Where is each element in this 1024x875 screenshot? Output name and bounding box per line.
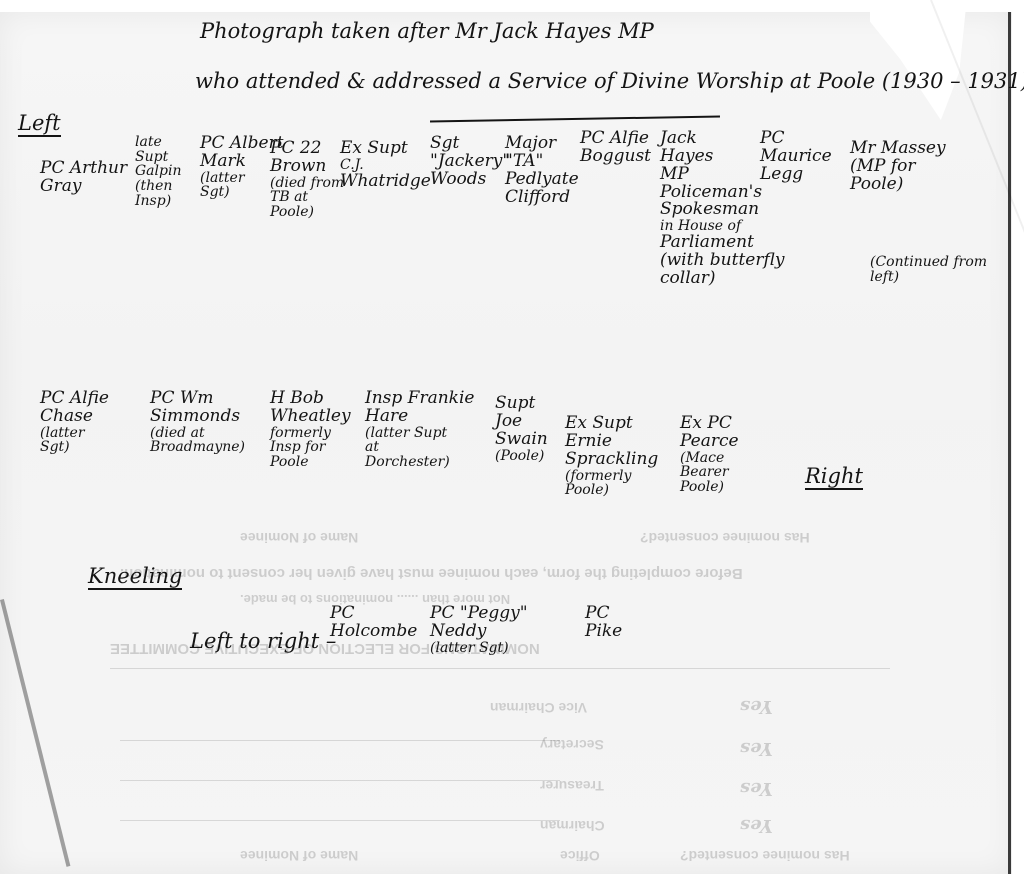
person-entry: PC ArthurGray: [40, 160, 127, 196]
bleed-consented: Yes: [740, 738, 773, 759]
person-entry: Major"TA"PedlyateClifford: [505, 135, 579, 206]
bleed-office: Secretary: [540, 737, 604, 753]
bleed-rule: [110, 668, 890, 669]
bleed-upper-columns-0: Name of Nominee: [240, 530, 358, 546]
person-entry: Sgt"Jackery"Woods: [430, 135, 510, 189]
person-entry: PCMauriceLegg: [760, 130, 832, 184]
kneeling-order-label: Left to right –: [190, 630, 336, 652]
bleed-column-office: Office: [560, 848, 600, 864]
bleed-consented: Yes: [740, 696, 773, 717]
bleed-column-consented: Has nominee consented?: [680, 848, 850, 864]
bleed-column-name: Name of Nominee: [240, 848, 358, 864]
person-entry: SuptJoeSwain(Poole): [495, 395, 548, 463]
bleed-instruction: Before completing the form, each nominee…: [120, 565, 743, 582]
kneeling-label: Kneeling: [88, 565, 182, 590]
person-entry: PC "Peggy"Neddy(latter Sgt): [430, 605, 528, 655]
bleed-upper-columns-1: Has nominee consented?: [640, 530, 810, 546]
bleed-rule: [120, 740, 560, 741]
person-entry: lateSuptGalpin(thenInsp): [135, 135, 181, 208]
bleed-office: Treasurer: [540, 778, 604, 794]
person-entry: Ex SuptErnieSprackling(formerlyPoole): [565, 415, 658, 498]
bleed-office: Chairman: [540, 818, 605, 834]
person-entry: H BobWheatleyformerlyInsp forPoole: [270, 390, 351, 470]
person-entry: PC 22Brown(died fromTB atPoole): [270, 140, 344, 220]
person-entry: PC AlfieChase(latterSgt): [40, 390, 109, 455]
bleed-office: Vice Chairman: [490, 700, 587, 716]
continued-note: (Continued from left): [870, 255, 990, 284]
person-entry: Insp FrankieHare(latter SuptatDorchester…: [365, 390, 474, 470]
bleed-rule: [120, 780, 560, 781]
title-line-2: who attended & addressed a Service of Di…: [195, 70, 1024, 92]
left-label: Left: [18, 112, 61, 137]
right-label: Right: [805, 465, 863, 490]
paper-edge: [1008, 12, 1011, 874]
person-entry: PCPike: [585, 605, 622, 641]
person-entry: Ex SuptC.J.Whatridge: [340, 140, 431, 190]
person-entry: Mr Massey(MP forPoole): [850, 140, 946, 194]
person-entry: Ex PCPearce(MaceBearerPoole): [680, 415, 739, 495]
person-entry: PC WmSimmonds(died atBroadmayne): [150, 390, 245, 455]
title-line-1: Photograph taken after Mr Jack Hayes MP: [200, 20, 654, 42]
person-entry: PCHolcombe: [330, 605, 417, 641]
bleed-rule: [120, 820, 560, 821]
bleed-consented: Yes: [740, 815, 773, 836]
bleed-consented: Yes: [740, 778, 773, 799]
person-entry: PC AlfieBoggust: [580, 130, 651, 166]
